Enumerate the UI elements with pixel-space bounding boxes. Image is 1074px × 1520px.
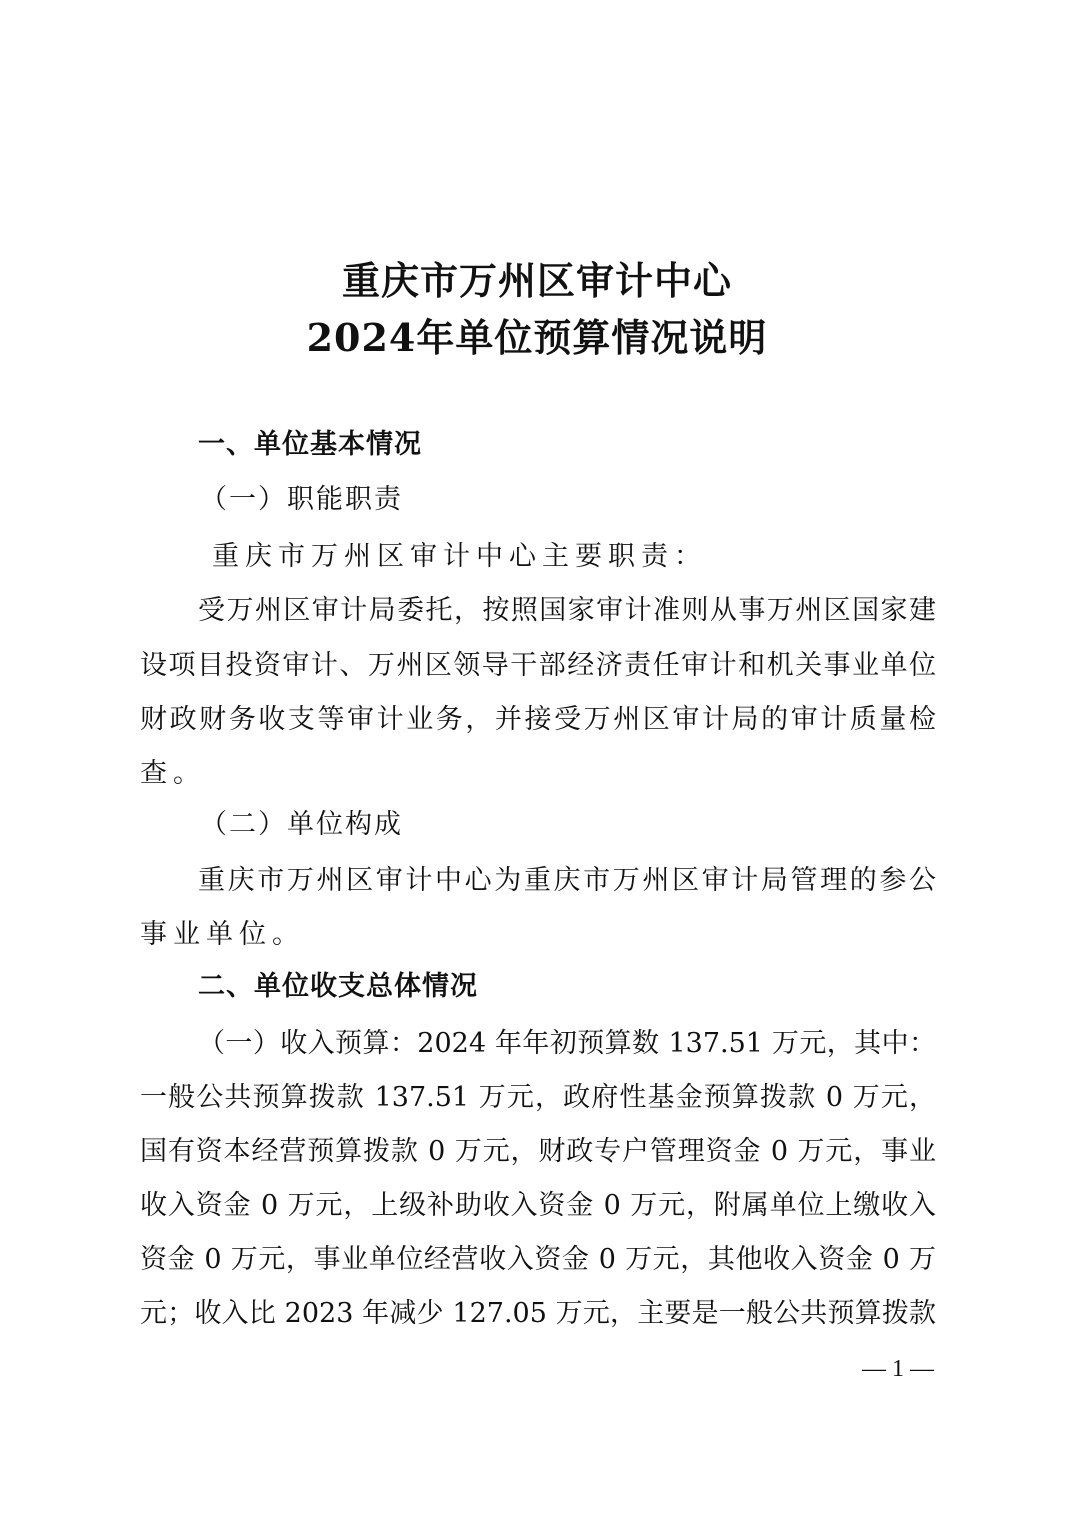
document-title-line2: 2024年单位预算情况说明: [0, 307, 1074, 362]
paragraph-line: 元；收入比 2023 年减少 127.05 万元，主要是一般公共预算拨款: [140, 1291, 936, 1330]
paragraph-line: 国有资本经营预算拨款 0 万元，财政专户管理资金 0 万元，事业: [140, 1129, 936, 1168]
paragraph-line: 重庆市万州区审计中心为重庆市万州区审计局管理的参公: [198, 858, 936, 897]
section-heading-income-expense: 二、单位收支总体情况: [198, 964, 478, 1003]
paragraph-line: 受万州区审计局委托，按照国家审计准则从事万州区国家建: [198, 588, 936, 627]
page-number: — 1 —: [862, 1356, 934, 1383]
paragraph-line: 重庆市万州区审计中心主要职责：: [212, 534, 950, 573]
section-heading-basic-info: 一、单位基本情况: [198, 422, 422, 461]
paragraph-line: 一般公共预算拨款 137.51 万元，政府性基金预算拨款 0 万元，: [140, 1075, 936, 1114]
paragraph-line: 事业单位。: [140, 912, 936, 951]
paragraph-line: 查。: [140, 751, 936, 790]
paragraph-line: （一）收入预算：2024 年年初预算数 137.51 万元，其中：: [198, 1021, 936, 1060]
subsection-heading-duties: （一）职能职责: [200, 477, 403, 516]
subsection-heading-composition: （二）单位构成: [200, 802, 403, 841]
document-page: 重庆市万州区审计中心 2024年单位预算情况说明 一、单位基本情况 （一）职能职…: [0, 0, 1074, 1520]
paragraph-line: 设项目投资审计、万州区领导干部经济责任审计和机关事业单位: [140, 643, 936, 682]
paragraph-line: 资金 0 万元，事业单位经营收入资金 0 万元，其他收入资金 0 万: [140, 1237, 936, 1276]
paragraph-line: 财政财务收支等审计业务，并接受万州区审计局的审计质量检: [140, 697, 936, 736]
paragraph-line: 收入资金 0 万元，上级补助收入资金 0 万元，附属单位上缴收入: [140, 1183, 936, 1222]
document-title-line1: 重庆市万州区审计中心: [0, 250, 1074, 305]
